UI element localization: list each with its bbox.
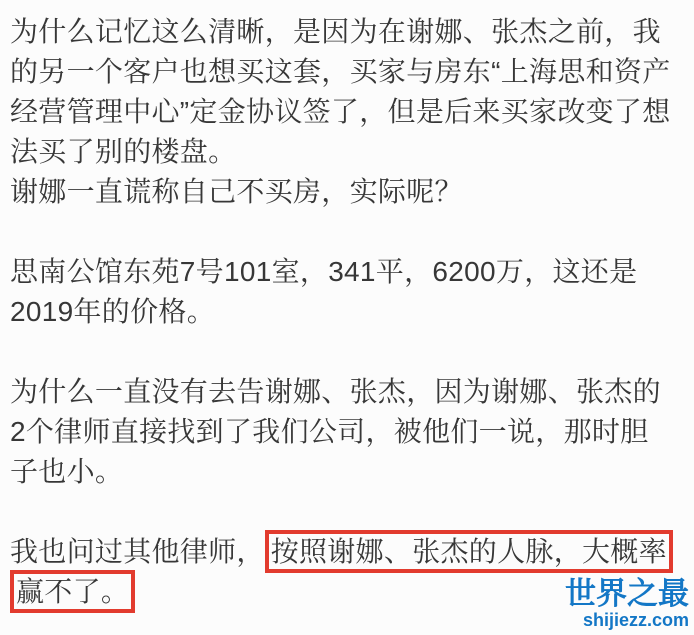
text-segment: 为什么一直没有去告谢娜、张杰，因为谢娜、张杰的 xyxy=(10,376,661,407)
text-segment: 经营管理中心”定金协议签了，但是后来买家改变了想 xyxy=(10,96,671,127)
highlight-box: 按照谢娜、张杰的人脉，大概率 xyxy=(265,530,673,573)
text-segment: 的另一个客户也想买这套，买家与房东“上海思和资产 xyxy=(10,56,671,87)
text-segment: 为什么记忆这么清晰，是因为在谢娜、张杰之前，我 xyxy=(10,16,661,47)
text-line: 我也问过其他律师，按照谢娜、张杰的人脉，大概率 xyxy=(10,532,690,572)
text-line: 为什么一直没有去告谢娜、张杰，因为谢娜、张杰的 xyxy=(10,372,690,412)
watermark-site-url: shijiezz.com xyxy=(565,611,689,629)
text-line: 经营管理中心”定金协议签了，但是后来买家改变了想 xyxy=(10,92,690,132)
text-segment: 法买了别的楼盘。 xyxy=(10,136,236,167)
text-line: 2个律师直接找到了我们公司，被他们一说，那时胆 xyxy=(10,412,690,452)
text-segment: 思南公馆东苑7号101室，341平，6200万，这还是 xyxy=(10,256,637,287)
text-segment: 2019年的价格。 xyxy=(10,296,215,327)
paragraph: 思南公馆东苑7号101室，341平，6200万，这还是2019年的价格。 xyxy=(10,252,690,332)
watermark: 世界之最 shijiezz.com xyxy=(565,578,689,629)
watermark-logo-text: 世界之最 xyxy=(565,578,689,609)
text-segment: 我也问过其他律师， xyxy=(10,536,265,567)
text-segment: 2个律师直接找到了我们公司，被他们一说，那时胆 xyxy=(10,416,648,447)
text-line: 的另一个客户也想买这套，买家与房东“上海思和资产 xyxy=(10,52,690,92)
paragraph: 为什么一直没有去告谢娜、张杰，因为谢娜、张杰的2个律师直接找到了我们公司，被他们… xyxy=(10,372,690,492)
text-line: 2019年的价格。 xyxy=(10,292,690,332)
text-line: 为什么记忆这么清晰，是因为在谢娜、张杰之前，我 xyxy=(10,12,690,52)
text-segment: 谢娜一直谎称自己不买房，实际呢？ xyxy=(10,176,463,207)
highlight-box: 赢不了。 xyxy=(10,570,135,613)
text-line: 谢娜一直谎称自己不买房，实际呢？ xyxy=(10,172,690,212)
paragraph: 为什么记忆这么清晰，是因为在谢娜、张杰之前，我的另一个客户也想买这套，买家与房东… xyxy=(10,12,690,212)
text-line: 子也小。 xyxy=(10,452,690,492)
text-line: 思南公馆东苑7号101室，341平，6200万，这还是 xyxy=(10,252,690,292)
article-text: 为什么记忆这么清晰，是因为在谢娜、张杰之前，我的另一个客户也想买这套，买家与房东… xyxy=(0,0,694,612)
text-line: 法买了别的楼盘。 xyxy=(10,132,690,172)
text-segment: 子也小。 xyxy=(10,456,123,487)
